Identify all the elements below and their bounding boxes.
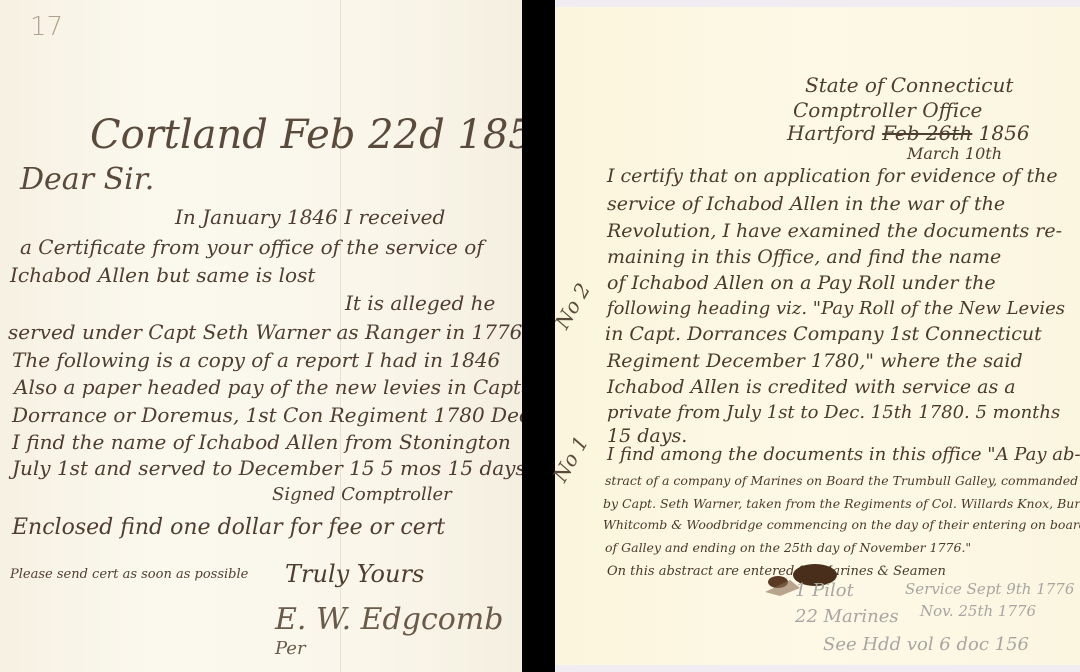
margin-label-no1: No 1: [550, 433, 592, 485]
signed-comptroller: Signed Comptroller: [272, 486, 452, 504]
enclosure-note: Enclosed find one dollar for fee or cert: [12, 517, 445, 539]
salutation: Dear Sir.: [20, 165, 154, 195]
certificate-line: in Capt. Dorrances Company 1st Connectic…: [605, 325, 1042, 344]
certificate-line: Ichabod Allen is credited with service a…: [607, 378, 1016, 397]
second-finding-line: by Capt. Seth Warner, taken from the Reg…: [603, 498, 1080, 511]
second-finding-line: of Galley and ending on the 25th day of …: [605, 542, 971, 555]
pencil-note-service: Service Sept 9th 1776: [905, 582, 1074, 597]
letter-line: served under Capt Seth Warner as Ranger …: [8, 322, 522, 342]
top-margin-band: [555, 0, 1080, 7]
left-letter-page: 17 Cortland Feb 22d 1856. Dear Sir. In J…: [0, 0, 522, 672]
header-city: Hartford: [787, 121, 876, 145]
letter-line: Dorrance or Doremus, 1st Con Regiment 17…: [12, 405, 595, 425]
header-state: State of Connecticut: [805, 75, 1013, 95]
header-office: Comptroller Office: [793, 100, 982, 120]
letter-line: Ichabod Allen but same is lost: [10, 265, 315, 285]
corner-reference-mark: 17: [30, 14, 63, 40]
letter-line: July 1st and served to December 15 5 mos…: [12, 458, 526, 478]
letter-line: a Certificate from your office of the se…: [20, 237, 484, 257]
pencil-note-marines: 22 Marines: [795, 608, 899, 626]
certificate-line: service of Ichabod Allen in the war of t…: [607, 195, 1005, 214]
letter-line: In January 1846 I received: [175, 207, 445, 227]
pencil-note-reference: See Hdd vol 6 doc 156: [823, 636, 1029, 654]
header-year: 1856: [979, 121, 1030, 145]
letter-line: The following is a copy of a report I ha…: [12, 350, 500, 370]
second-finding-line: stract of a company of Marines on Board …: [605, 475, 1078, 488]
second-finding-line: Whitcomb & Woodbridge commencing on the …: [603, 519, 1080, 532]
bottom-margin-band: [555, 665, 1080, 672]
letter-line: Also a paper headed pay of the new levie…: [14, 377, 552, 397]
certificate-line: private from July 1st to Dec. 15th 1780.…: [607, 404, 1060, 422]
certificate-line: following heading viz. "Pay Roll of the …: [607, 300, 1065, 318]
second-finding-intro: I find among the documents in this offic…: [607, 446, 1080, 464]
place-and-date: Cortland Feb 22d 1856.: [90, 115, 572, 155]
header-date: Hartford Feb 26th 1856: [787, 123, 1030, 143]
certificate-line: maining in this Office, and find the nam…: [607, 248, 1001, 267]
signature-suffix: Per: [275, 640, 306, 658]
certificate-line: Regiment December 1780," where the said: [607, 352, 1023, 371]
pencil-note-nov: Nov. 25th 1776: [920, 604, 1036, 619]
signature: E. W. Edgcomb: [275, 605, 503, 635]
letter-line: It is alleged he: [345, 293, 495, 313]
postscript: Please send cert as soon as possible: [10, 568, 248, 581]
closing: Truly Yours: [285, 562, 424, 586]
struck-date: Feb 26th: [882, 121, 972, 145]
margin-label-no2: No 2: [552, 280, 594, 332]
certificate-line: Revolution, I have examined the document…: [607, 222, 1062, 241]
pencil-note-pilot: 1 Pilot: [795, 582, 854, 600]
certificate-line: of Ichabod Allen on a Pay Roll under the: [607, 274, 996, 293]
letter-line: I find the name of Ichabod Allen from St…: [12, 432, 511, 452]
header-corrected-date: March 10th: [907, 146, 1002, 162]
certificate-line: I certify that on application for eviden…: [607, 167, 1058, 186]
page-gutter: [522, 0, 555, 672]
right-certificate-page: State of Connecticut Comptroller Office …: [555, 0, 1080, 672]
